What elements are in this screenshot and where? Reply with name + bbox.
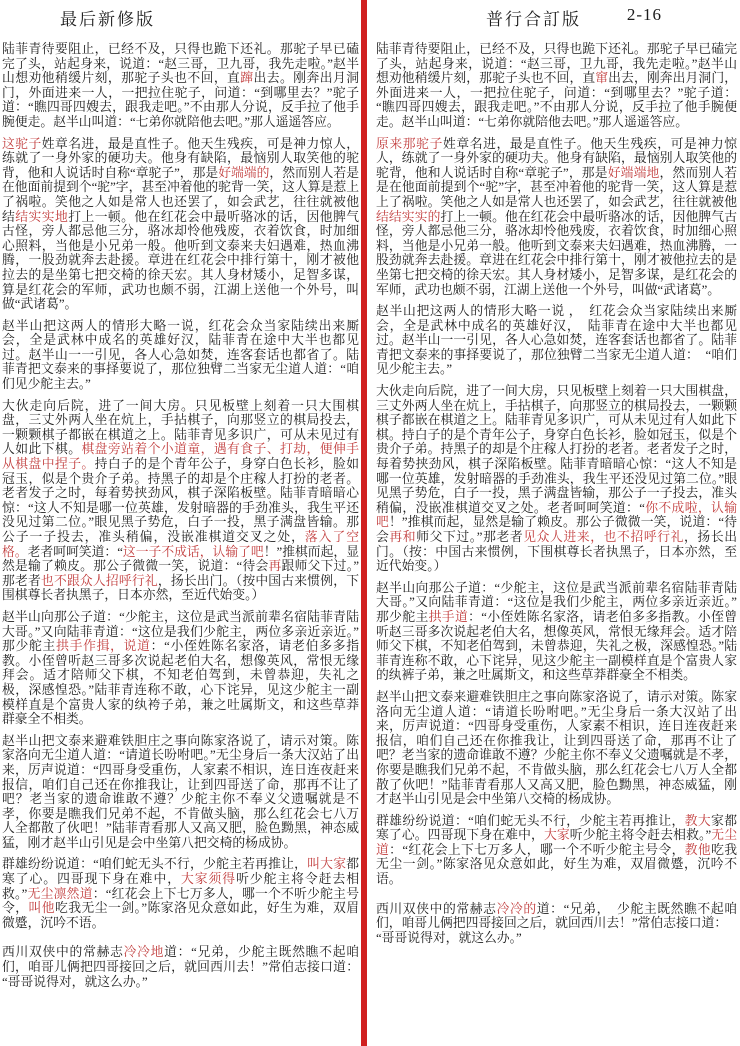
body-text: 群雄纷纷说道：“咱们蛇无头不行，少舵主若再推让， bbox=[376, 814, 685, 828]
diff-highlight-text: 叫大家 bbox=[307, 857, 346, 871]
body-text: 大伙走向后院，进了一间大房，只见板壁上刻着一只大围棋盘，三丈外两人坐在炕上，手拈… bbox=[376, 384, 737, 515]
diff-highlight-text: 教他 bbox=[685, 843, 711, 857]
body-text: ：“红花会上下七万多人，哪一个不听少舵主号令， bbox=[389, 843, 685, 857]
diff-highlight-text: 冷冷地 bbox=[124, 945, 165, 959]
diff-highlight-text: 无尘凛然道 bbox=[27, 887, 92, 901]
body-text: 赵半山把这两人的情形大略一说 ， 红花会众当家陆续出来厮会，全是武林中成名的英雄… bbox=[376, 304, 737, 376]
body-text: 群雄纷纷说道：“咱们蛇无头不行，少舵主若再推让， bbox=[2, 857, 307, 871]
body-text: 吃我无尘一剑。”陈家洛见众意如此，好生为难，双眉微蹙，沉吟不语。 bbox=[2, 901, 359, 930]
diff-highlight-text: 叫他 bbox=[29, 901, 56, 915]
paragraph: 陆菲青待要阻止，已经不及，只得也跪下还礼。那驼子早已磕完了头，站起身来，说道：“… bbox=[376, 42, 737, 130]
diff-highlight-text: 窜 bbox=[595, 71, 608, 85]
body-text: 打上一顿。他在红花会中最听骆冰的话，因他脾气古怪，旁人都忌他三分，骆冰却怜他残废… bbox=[2, 210, 359, 312]
diff-highlight-text: 原来那驼子 bbox=[376, 137, 443, 151]
diff-highlight-text: 拱手道 bbox=[429, 610, 468, 624]
left-column-title: 最后新修版 bbox=[2, 5, 359, 30]
body-text: 西川双侠中的常赫志 bbox=[2, 945, 124, 959]
body-text: 赵半山把文泰来避难铁胆庄之事向陈家洛说了，请示对策。陈家洛向无尘道人道：“请道长… bbox=[376, 690, 737, 806]
right-column-combined-edition: 普行合訂版 2-16 陆菲青待要阻止，已经不及，只得也跪下还礼。那驼子早已磕完了… bbox=[368, 0, 740, 1046]
diff-highlight-text: 好端端地 bbox=[608, 166, 660, 180]
diff-highlight-text: 见众人进来，也不招呼行礼 bbox=[523, 530, 684, 544]
diff-highlight-text: 冷冷的 bbox=[497, 902, 537, 916]
paragraph: 大伙走向后院，进了一间大房，只见板壁上刻着一只大围棋盘，三丈外两人坐在炕上，手拈… bbox=[376, 384, 737, 574]
body-text: 师父下过。”那老者 bbox=[416, 530, 523, 544]
paragraph: 赵半山把这两人的情形大略一说 ， 红花会众当家陆续出来厮会，全是武林中成名的英雄… bbox=[376, 304, 737, 377]
diff-highlight-text: 蹿 bbox=[240, 71, 253, 85]
body-text: 老者呵呵笑道：“ bbox=[28, 545, 123, 559]
right-column-paragraphs: 陆菲青待要阻止，已经不及，只得也跪下还礼。那驼子早已磕完了头，站起身来，说道：“… bbox=[376, 42, 737, 945]
paragraph: 赵半山把文泰来避难铁胆庄之事向陈家洛说了，请示对策。陈家洛向无尘道人道：“请道长… bbox=[2, 734, 359, 851]
body-text: 赵半山把这两人的情形大略一说，红花会众当家陆续出来厮会，全是武林中成名的英雄好汉… bbox=[2, 319, 359, 391]
diff-highlight-text: 拱手作揖，说道 bbox=[56, 639, 151, 653]
paragraph: 赵半山向那公子道：“少舵主，这位是武当派前辈名宿陆菲青陆大哥。”又向陆菲青道：“… bbox=[376, 581, 737, 683]
body-text: 听少舵主将令赶去相救。” bbox=[570, 828, 711, 842]
body-text: 赵半山把文泰来避难铁胆庄之事向陈家洛说了，请示对策。陈家洛向无尘道人道：“请道长… bbox=[2, 734, 359, 850]
diff-highlight-text: 结实实地 bbox=[15, 210, 68, 224]
paragraph: 陆菲青待要阻止，已经不及，只得也跪下还礼。那驼子早已磕完了头，站起身来，说道：“… bbox=[2, 42, 359, 130]
diff-highlight-text: 结结实实的 bbox=[376, 210, 440, 224]
left-column-paragraphs: 陆菲青待要阻止，已经不及，只得也跪下还礼。那驼子早已磕完了头，站起身来，说道：“… bbox=[2, 42, 359, 989]
paragraph: 群雄纷纷说道：“咱们蛇无头不行，少舵主若再推让，叫大家都寒了心。四哥现下身在难中… bbox=[2, 857, 359, 930]
diff-highlight-text: 好端端的 bbox=[218, 166, 269, 180]
paragraph: 大伙走向后院，进了一间大房。只见板壁上刻着一只大围棋盘，三丈外两人坐在炕上，手拈… bbox=[2, 399, 359, 603]
diff-highlight-text: 这驼子 bbox=[2, 137, 42, 151]
body-text: 西川双侠中的常赫志 bbox=[376, 902, 497, 916]
left-column-final-revised-edition: 最后新修版 陆菲青待要阻止，已经不及，只得也跪下还礼。那驼子早已磕完了头，站起身… bbox=[0, 0, 362, 1046]
paragraph: 西川双侠中的常赫志冷冷的道：“兄弟， 少舵主既然瞧不起咱们，咱哥儿俩把四哥接回之… bbox=[376, 902, 737, 946]
diff-highlight-text: 再和 bbox=[389, 530, 416, 544]
diff-highlight-text: 教大 bbox=[685, 814, 711, 828]
diff-highlight-text: 再 bbox=[269, 559, 282, 573]
column-divider-rule bbox=[361, 0, 367, 1046]
paragraph: 赵半山向那公子道：“少舵主，这位是武当派前辈名宿陆菲青陆大哥。”又向陆菲青道：“… bbox=[2, 610, 359, 727]
diff-highlight-text: 这一子不成话，认输了吧 bbox=[123, 545, 264, 559]
paragraph: 赵半山把这两人的情形大略一说，红花会众当家陆续出来厮会，全是武林中成名的英雄好汉… bbox=[2, 319, 359, 392]
diff-highlight-text: 也不跟众人招呼行礼 bbox=[41, 574, 158, 588]
diff-highlight-text: 大家 bbox=[544, 828, 570, 842]
paragraph: 这驼子姓章名进，最是直性子。他天生残疾，可是神力惊人，练就了一身外家的硬功夫。他… bbox=[2, 137, 359, 312]
diff-highlight-text: 大家须得 bbox=[181, 872, 236, 886]
paragraph: 群雄纷纷说道：“咱们蛇无头不行，少舵主若再推让，教大家都寒了心。四哥现下身在难中… bbox=[376, 814, 737, 887]
paragraph: 西川双侠中的常赫志冷冷地道：“兄弟，少舵主既然瞧不起咱们，咱哥儿俩把四哥接回之后… bbox=[2, 945, 359, 989]
paragraph: 赵半山把文泰来避难铁胆庄之事向陈家洛说了，请示对策。陈家洛向无尘道人道：“请道长… bbox=[376, 690, 737, 807]
body-text: “哥哥说得对，就这么办。” bbox=[376, 931, 522, 945]
paragraph: 原来那驼子姓章名进，最是直性子。他天生残疾，可是神力惊人，练就了一身外家的硬功夫… bbox=[376, 137, 737, 298]
right-column-title: 普行合訂版 bbox=[376, 5, 737, 30]
page-number: 2-16 bbox=[627, 5, 662, 25]
